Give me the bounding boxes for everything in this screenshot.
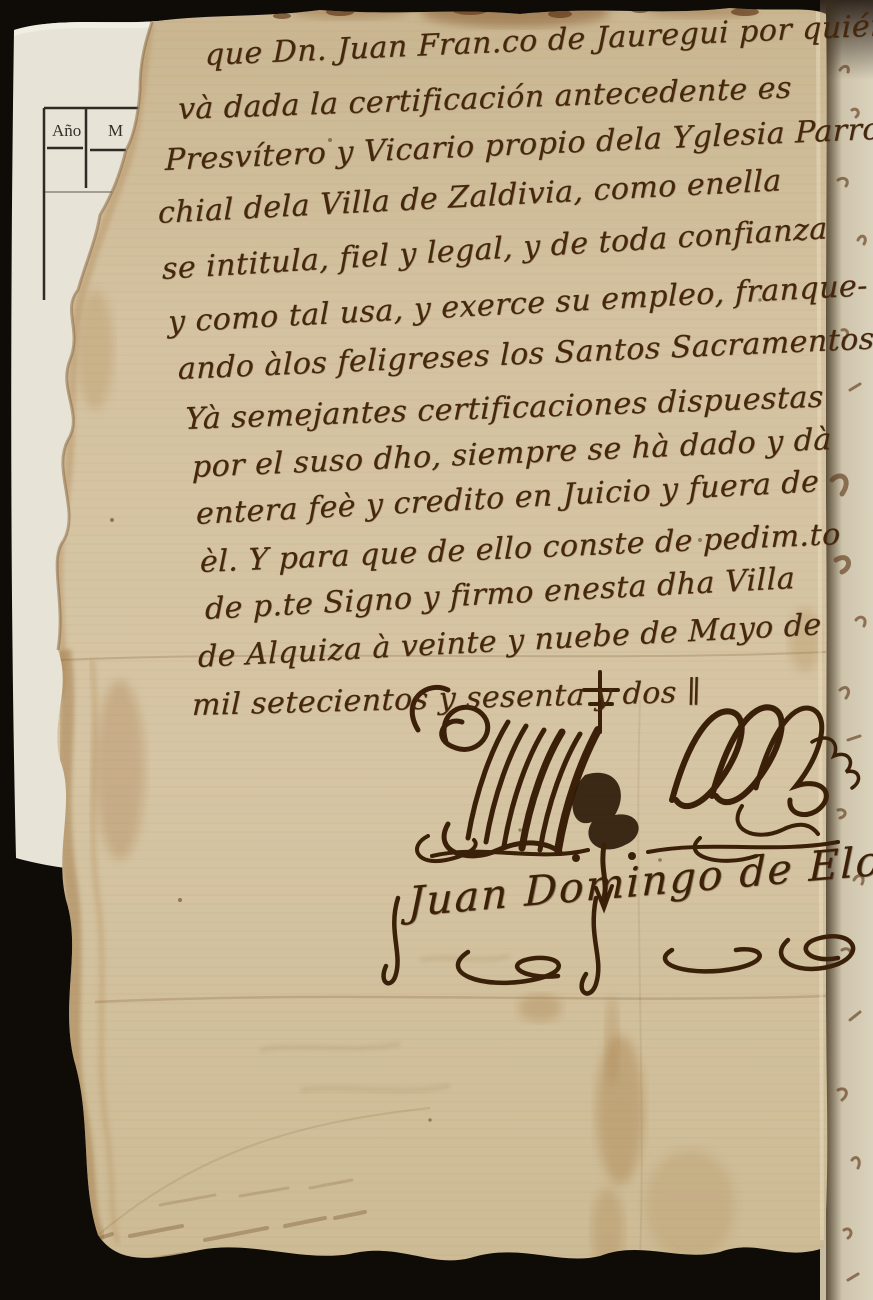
table-header-ano: Año <box>52 121 81 140</box>
adjacent-page-edge <box>820 0 873 1300</box>
table-header-mes: M <box>108 121 123 140</box>
scanned-manuscript: { "document": { "kind": "handwritten cer… <box>0 0 873 1300</box>
